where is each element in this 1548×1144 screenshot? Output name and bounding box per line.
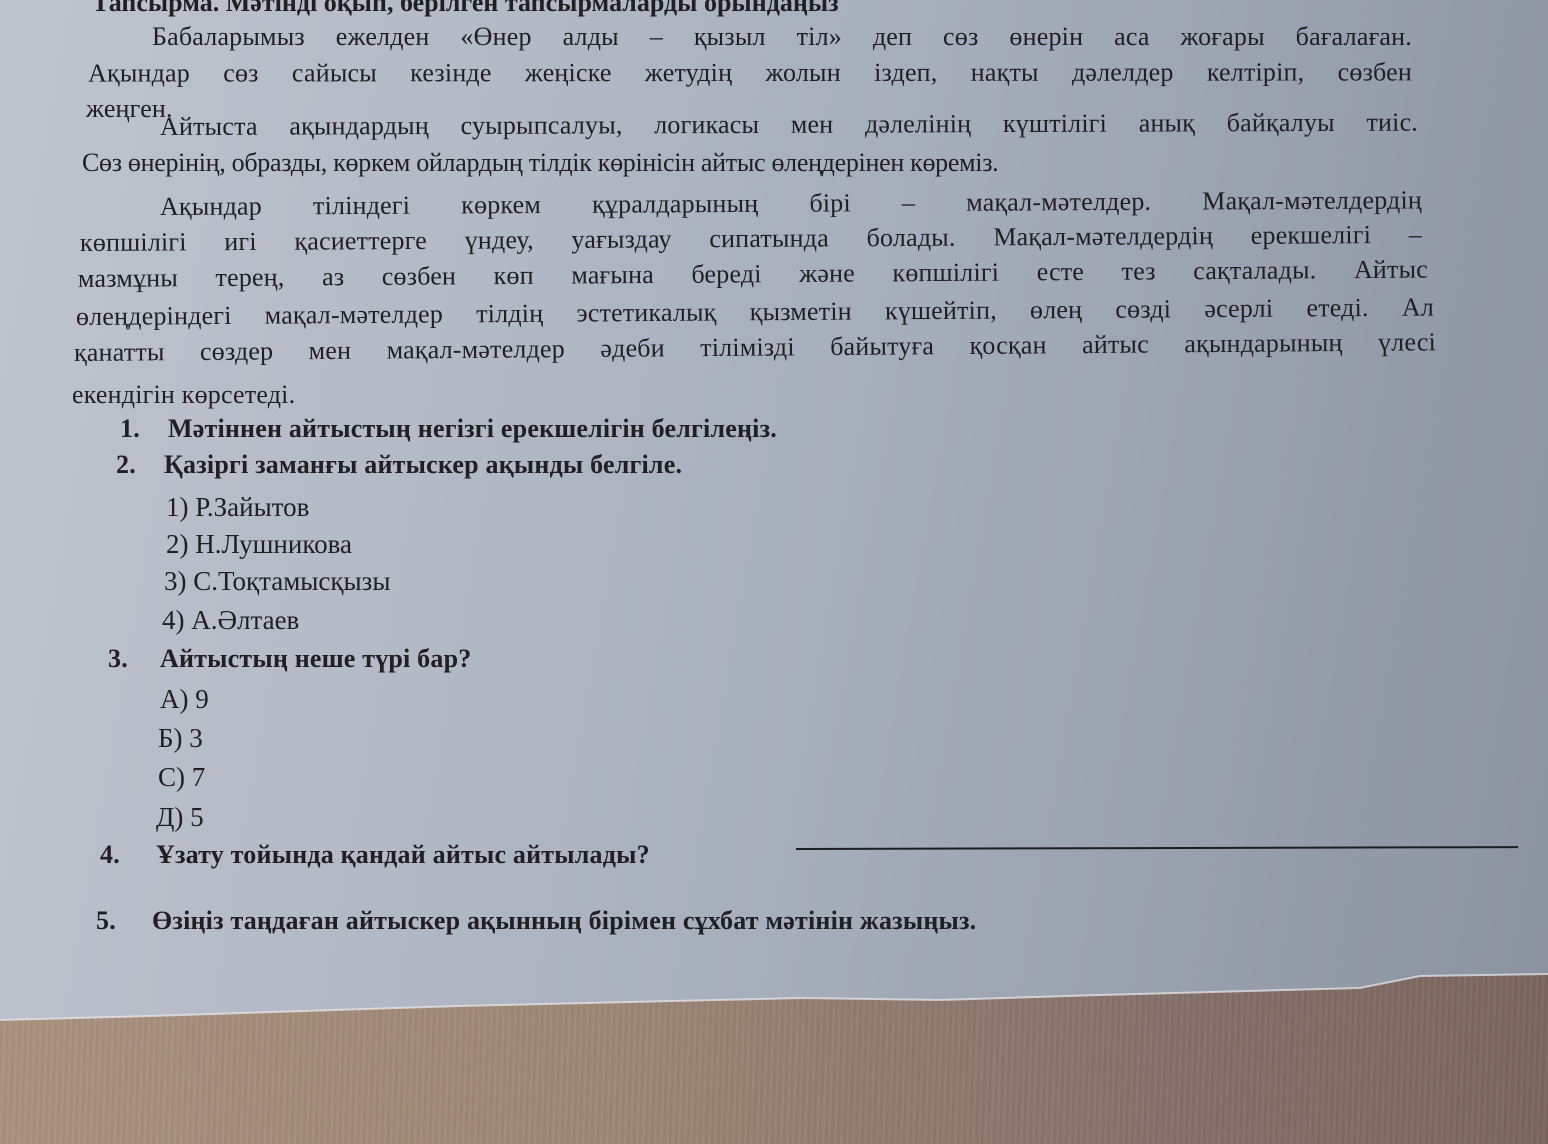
question-2-option-4[interactable]: 4) А.Әлтаев: [162, 605, 299, 636]
question-5-number: 5.: [96, 906, 152, 936]
paragraph-3-line-2: көпшілігі игі қасиеттерге үндеу, уағызда…: [80, 220, 1422, 258]
paper-sheet: Тапсырма. Мәтінді оқып, берілген тапсырм…: [0, 0, 1548, 1030]
paragraph-3-line-1: Ақындар тіліндегі көркем құралдарының бі…: [160, 185, 1422, 222]
question-4-text: Ұзату тойында қандай айтыс айтылады?: [156, 840, 650, 869]
question-3-option-a[interactable]: А) 9: [160, 684, 209, 715]
question-3-number: 3.: [108, 644, 160, 674]
task-header: Тапсырма. Мәтінді оқып, берілген тапсырм…: [92, 0, 839, 18]
question-2-option-2[interactable]: 2) Н.Лушникова: [166, 529, 352, 560]
paragraph-3-line-3: мазмұны терең, аз сөзбен көп мағына бере…: [78, 255, 1428, 294]
paragraph-1-line-1: Бабаларымыз ежелден «Өнер алды – қызыл т…: [152, 22, 1412, 52]
question-3-option-b[interactable]: Б) 3: [158, 723, 203, 754]
question-2-number: 2.: [116, 450, 164, 480]
question-3-option-c[interactable]: С) 7: [158, 762, 205, 793]
question-2-option-3[interactable]: 3) С.Тоқтамысқызы: [164, 566, 390, 597]
paragraph-2-line-1: Айтыста ақындардың суырыпсалуы, логикасы…: [160, 108, 1418, 142]
question-4-number: 4.: [100, 840, 156, 870]
question-1: 1.Мәтіннен айтыстың негізгі ерекшелігін …: [120, 414, 777, 444]
question-1-text: Мәтіннен айтыстың негізгі ерекшелігін бе…: [168, 414, 777, 443]
question-2-text: Қазіргі заманғы айтыскер ақынды белгіле.: [164, 450, 682, 479]
paragraph-1-line-2: Ақындар сөз сайысы кезінде жеңіске жетуд…: [88, 57, 1412, 88]
question-2-option-1[interactable]: 1) Р.Зайытов: [166, 492, 309, 523]
paragraph-3-line-6: екендігін көрсетеді.: [72, 380, 295, 410]
question-5: 5.Өзіңіз таңдаған айтыскер ақынның бірім…: [96, 906, 976, 936]
paragraph-2-line-2: Сөз өнерінің, образды, көркем ойлардың т…: [82, 148, 998, 178]
question-4: 4.Ұзату тойында қандай айтыс айтылады?: [100, 840, 650, 870]
question-2: 2.Қазіргі заманғы айтыскер ақынды белгіл…: [116, 450, 682, 480]
question-3: 3.Айтыстың неше түрі бар?: [108, 644, 471, 674]
question-1-number: 1.: [120, 414, 168, 444]
question-4-answer-blank[interactable]: [796, 846, 1518, 850]
paragraph-3-line-4: өлеңдеріндегі мақал-мәтелдер тілдің эсте…: [76, 293, 1434, 332]
question-5-text: Өзіңіз таңдаған айтыскер ақынның бірімен…: [152, 906, 976, 935]
question-3-text: Айтыстың неше түрі бар?: [160, 644, 471, 673]
paragraph-3-line-5: қанатты сөздер мен мақал-мәтелдер әдеби …: [74, 327, 1436, 368]
question-3-option-d[interactable]: Д) 5: [156, 802, 204, 833]
